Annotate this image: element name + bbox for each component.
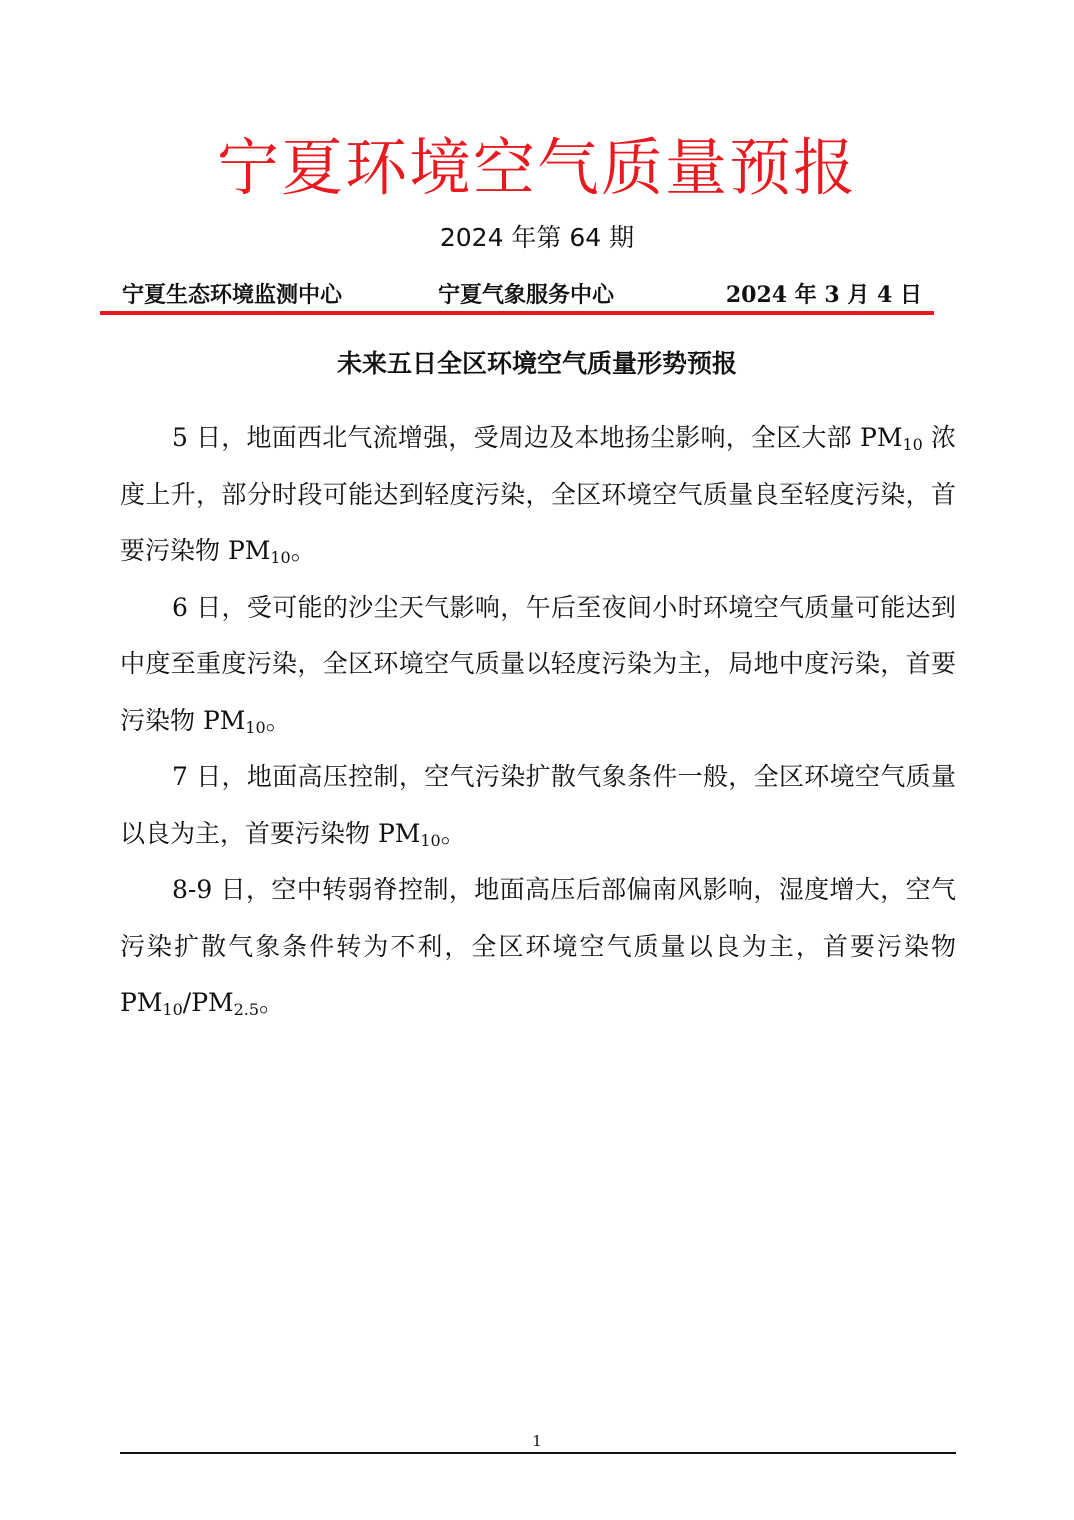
text: 。 [441, 819, 466, 848]
forecast-paragraph-day6: 6 日，受可能的沙尘天气影响，午后至夜间小时环境空气质量可能达到中度至重度污染，… [120, 580, 956, 750]
forecast-body: 5 日，地面西北气流增强，受周边及本地扬尘影响，全区大部 PM10 浓度上升，部… [120, 410, 956, 1032]
forecast-paragraph-day8-9: 8-9 日，空中转弱脊控制，地面高压后部偏南风影响，湿度增大，空气污染扩散气象条… [120, 862, 956, 1032]
publisher-org-2: 宁夏气象服务中心 [438, 279, 614, 311]
text: 。 [259, 988, 284, 1017]
subscript: 10 [902, 435, 922, 454]
text: 8-9 日，空中转弱脊控制，地面高压后部偏南风影响，湿度增大，空气污染扩散气象条… [120, 875, 956, 1017]
text: 6 日，受可能的沙尘天气影响，午后至夜间小时环境空气质量可能达到中度至重度污染，… [120, 593, 956, 735]
subscript: 10 [245, 718, 265, 737]
subscript: 10 [162, 1000, 182, 1019]
forecast-paragraph-day7: 7 日，地面高压控制，空气污染扩散气象条件一般，全区环境空气质量以良为主，首要污… [120, 749, 956, 862]
subscript: 10 [270, 548, 290, 567]
document-title: 宁夏环境空气质量预报 [0, 128, 1074, 208]
subscript: 10 [420, 831, 440, 850]
publisher-org-1: 宁夏生态环境监测中心 [122, 279, 342, 311]
text: 。 [291, 536, 316, 565]
issue-number: 2024 年第 64 期 [0, 220, 1074, 256]
footer-divider [120, 1452, 956, 1454]
text: 7 日，地面高压控制，空气污染扩散气象条件一般，全区环境空气质量以良为主，首要污… [120, 762, 956, 848]
publish-date: 2024 年 3 月 4 日 [726, 279, 922, 311]
forecast-paragraph-day5: 5 日，地面西北气流增强，受周边及本地扬尘影响，全区大部 PM10 浓度上升，部… [120, 410, 956, 580]
section-title: 未来五日全区环境空气质量形势预报 [0, 346, 1074, 382]
page-number: 1 [0, 1432, 1074, 1450]
text: 。 [266, 706, 291, 735]
text: /PM [183, 988, 234, 1017]
subscript: 2.5 [234, 1000, 259, 1019]
text: 5 日，地面西北气流增强，受周边及本地扬尘影响，全区大部 PM [172, 423, 902, 452]
header-divider [100, 311, 934, 315]
publisher-line: 宁夏生态环境监测中心 宁夏气象服务中心 2024 年 3 月 4 日 [122, 279, 932, 311]
